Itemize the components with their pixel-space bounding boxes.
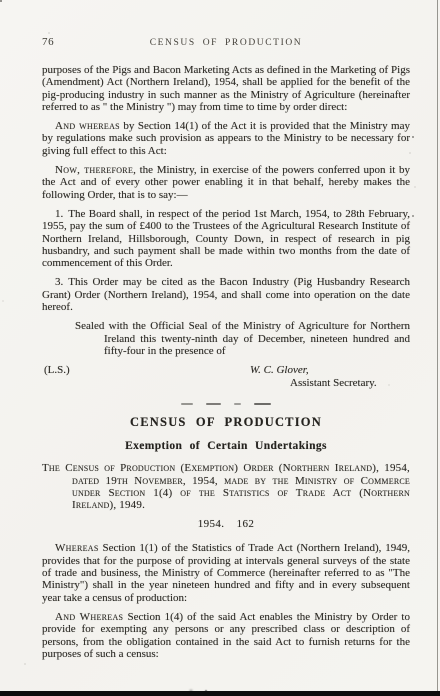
sealed-clause-text: Sealed with the Official Seal of the Min… [75, 320, 410, 357]
scanned-document-page: 76 CENSUS OF PRODUCTION purposes of the … [0, 0, 440, 696]
scan-page-edge [437, 0, 438, 696]
section-subtitle: Exemption of Certain Undertakings [42, 440, 410, 452]
statutory-reference: 1954. 162 [42, 518, 410, 530]
paragraph-continuation: purposes of the Pigs and Bacon Marketing… [42, 64, 410, 113]
paragraph-and-whereas: And whereas by Section 14(1) of the Act … [42, 120, 410, 157]
scan-noise [0, 0, 2, 2]
running-header-title: CENSUS OF PRODUCTION [102, 38, 350, 48]
running-header: 76 CENSUS OF PRODUCTION [42, 36, 410, 48]
paragraph-whereas-2: And Whereas Section 1(4) of the said Act… [42, 611, 410, 660]
article-text: The Board shall, in respect of the perio… [42, 208, 410, 269]
article-text: This Order may be cited as the Bacon Ind… [42, 276, 410, 313]
paragraph-text: purposes of the Pigs and Bacon Marketing… [42, 64, 410, 113]
signature-name: W. C. Glover, [250, 364, 410, 377]
signature-block: (L.S.) W. C. Glover, Assistant Secretary… [42, 364, 410, 389]
small-caps-lead: Now, therefore [55, 164, 133, 176]
order-citation: The Census of Production (Exemption) Ord… [42, 462, 410, 511]
paragraph-whereas-1: Whereas Section 1(1) of the Statistics o… [42, 542, 410, 603]
small-caps-lead: And Whereas [55, 611, 123, 623]
paragraph-now-therefore: Now, therefore, the Ministry, in exercis… [42, 164, 410, 201]
article-citation-clause: 3.This Order may be cited as the Bacon I… [42, 276, 410, 313]
article-number: 3. [55, 276, 63, 288]
scan-bottom-edge [0, 691, 440, 696]
section-divider [42, 402, 410, 405]
article-1: 1.The Board shall, in respect of the per… [42, 208, 410, 269]
sealed-clause: Sealed with the Official Seal of the Min… [42, 320, 410, 357]
page-content: 76 CENSUS OF PRODUCTION purposes of the … [42, 36, 410, 667]
small-caps-lead: Whereas [55, 542, 99, 554]
small-caps-lead: And whereas [55, 120, 120, 132]
signature-title: Assistant Secretary. [290, 377, 410, 390]
section-title: CENSUS OF PRODUCTION [42, 415, 410, 430]
article-number: 1. [55, 208, 63, 220]
seal-mark: (L.S.) [44, 364, 70, 377]
page-number: 76 [42, 36, 102, 48]
